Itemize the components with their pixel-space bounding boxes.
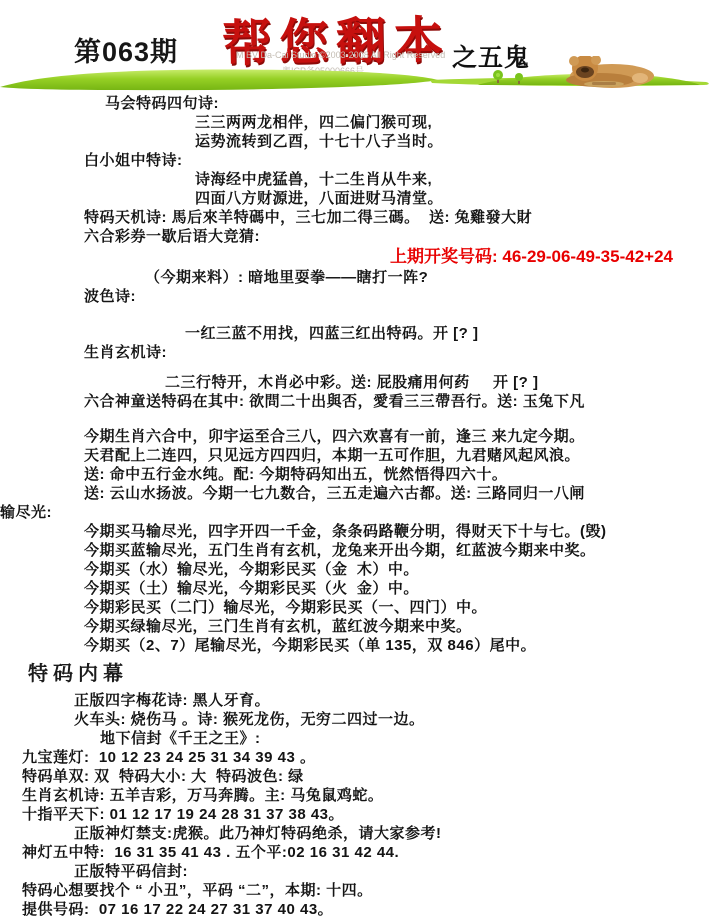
text-line: 今期彩民买（二门）输尽光，今期彩民买（一、四门）中。 — [84, 598, 720, 617]
text-line: 特码天机诗: 馬后來羊特碼中，三七加二得三碼。 送: 兔雞發大財 — [84, 208, 720, 227]
text-line: 神灯五中特: 16 31 35 41 43 . 五个平:02 16 31 42 … — [22, 843, 720, 862]
text-line: 白小姐中特诗: — [84, 151, 720, 170]
text-line: 六合神童送特码在其中: 欲問二十出與否，愛看三三帶吾行。送: 玉兔下凡 — [84, 392, 720, 411]
text-line: 波色诗: — [84, 287, 720, 306]
text-line: 生肖玄机诗: 五羊吉彩，万马奔腾。主: 马兔鼠鸡蛇。 — [22, 786, 720, 805]
text-line: 今期买绿输尽光，三门生肖有玄机，蓝红波今期来中奖。 — [84, 617, 720, 636]
text-line: 诗海经中虎猛兽，十二生肖从牛来, — [195, 170, 720, 189]
text-line: 六合彩券一歇后语大竞猜: — [84, 227, 720, 246]
teddy-bear-illustration — [566, 56, 654, 88]
text-line: 特码单双: 双 特码大小: 大 特码波色: 绿 — [22, 767, 720, 786]
text-line: 输尽光: — [0, 503, 720, 522]
text-line: 一红三蓝不用找，四蓝三红出特码。开 [? ] — [185, 324, 720, 343]
text-line: 运势流转到乙酉，十七十八子当时。 — [195, 132, 720, 151]
text-line: 今期买（土）输尽光，今期彩民买（火 金）中。 — [84, 579, 720, 598]
header: 第063期 帮您翻本 之五鬼 M BV Da-Cai Studio ©2003-… — [0, 0, 720, 92]
lottery-tip-sheet: 第063期 帮您翻本 之五鬼 M BV Da-Cai Studio ©2003-… — [0, 0, 720, 923]
text-line: 三三两两龙相伴，四二偏门猴可现, — [195, 113, 720, 132]
text-line: 火车头: 烧伤马 。诗: 猴死龙伤，无穷二四过一边。 — [74, 710, 720, 729]
text-line: 今期买（2、7）尾输尽光，今期彩民买（单 135，双 846）尾中。 — [84, 636, 720, 655]
text-line: 今期买蓝输尽光，五门生肖有玄机，龙兔来开出今期，红蓝波今期来中奖。 — [84, 541, 720, 560]
text-line: 生肖玄机诗: — [84, 343, 720, 362]
text-line: 正版特平码信封: — [74, 862, 720, 881]
text-line: 天君配上二连四，只见远方四四归，本期一五可作胆，九君赌风起风浪。 — [84, 446, 720, 465]
line-spacer — [0, 362, 720, 373]
text-line: 提供号码: 07 16 17 22 24 27 31 37 40 43。 — [22, 900, 720, 919]
text-line: 送: 命中五行金水纯。配: 今期特码知出五，恍然悟得四六十。 — [84, 465, 720, 484]
line-spacer — [0, 306, 720, 324]
section-heading-inside-info: 特码内幕 — [28, 661, 720, 687]
text-line: 正版四字梅花诗: 黑人牙育。 — [74, 691, 720, 710]
text-line: 特码心想要找个 “ 小丑”，平码 “二”，本期: 十四。 — [22, 881, 720, 900]
text-line: 正版神灯禁支:虎猴。此乃神灯特码绝杀，请大家参考! — [74, 824, 720, 843]
text-line: 十指平天下: 01 12 17 19 24 28 31 37 38 43。 — [22, 805, 720, 824]
text-line: （今期来料）: 暗地里耍拳——瞎打一阵? — [145, 268, 720, 287]
text-line: 四面八方财源进，八面进财马清堂。 — [195, 189, 720, 208]
text-line: 二三行特开，木肖必中彩。送: 屁股痛用何药 开 [? ] — [165, 373, 720, 392]
text-line: 今期买马输尽光，四字开四一千金，条条码路鞭分明，得财天下十与七。(毁) — [84, 522, 720, 541]
content-lines: 马会特码四句诗:三三两两龙相伴，四二偏门猴可现,运势流转到乙酉，十七十八子当时。… — [0, 92, 720, 919]
text-line: 送: 云山水扬波。今期一七九数合，三五走遍六古都。送: 三路同归一八闸 — [84, 484, 720, 503]
line-spacer — [0, 411, 720, 427]
text-line: 今期买（水）输尽光，今期彩民买（金 木）中。 — [84, 560, 720, 579]
grass-banner — [0, 56, 720, 92]
text-line: 马会特码四句诗: — [105, 94, 720, 113]
grass-hill-left — [0, 70, 438, 91]
last-draw-result: 上期开奖号码: 46-29-06-49-35-42+24 — [390, 246, 720, 268]
text-line: 九宝莲灯: 10 12 23 24 25 31 34 39 43 。 — [22, 748, 720, 767]
text-line: 地下信封《千王之王》: — [100, 729, 720, 748]
text-line: 今期生肖六合中，卯宇运至合三八，四六欢喜有一前，逢三 来九定今期。 — [84, 427, 720, 446]
